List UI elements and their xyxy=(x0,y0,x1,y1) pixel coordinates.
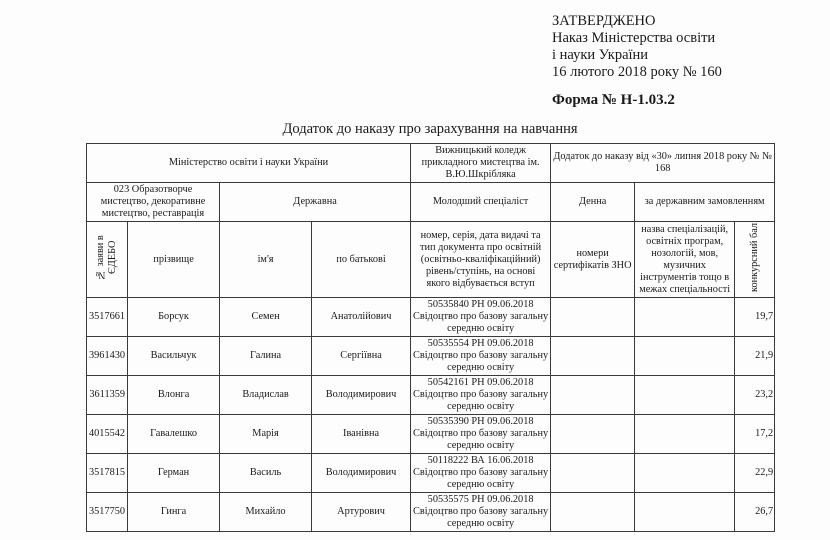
doc-type: Свідоцтво про базову загальну xyxy=(413,350,548,362)
doc-number: 50535840 РН 09.06.2018 xyxy=(413,299,548,311)
doc-type: Свідоцтво про базову загальну xyxy=(413,311,548,323)
name-cell: Михайло xyxy=(220,493,312,532)
zno-cell xyxy=(551,493,635,532)
surname-cell: Герман xyxy=(128,454,220,493)
surname-text: Герман xyxy=(158,467,189,478)
name-cell: Марія xyxy=(220,415,312,454)
patronymic-text: Анатолійович xyxy=(331,311,392,322)
table-row: 4015542ГавалешкоМаріяІванівна50535390 РН… xyxy=(87,415,775,454)
edebo-no-cell: 4015542 xyxy=(87,415,128,454)
score-cell: 21,9 xyxy=(735,337,775,376)
specialization-cell xyxy=(635,298,735,337)
zno-cell xyxy=(551,415,635,454)
patronymic-text: Іванівна xyxy=(343,428,379,439)
edebo-no-cell: 3517750 xyxy=(87,493,128,532)
zno-cell xyxy=(551,298,635,337)
edebo-no-cell: 3517815 xyxy=(87,454,128,493)
col-document: номер, серія, дата видачі та тип докумен… xyxy=(411,222,551,298)
surname-text: Влонга xyxy=(158,389,189,400)
doc-type-cont: середню освіту xyxy=(413,362,548,374)
col-patronymic: по батькові xyxy=(312,222,411,298)
approval-line: Наказ Міністерства освіти xyxy=(552,30,722,47)
form-number: Форма № Н-1.03.2 xyxy=(552,92,675,109)
col-score-label: конкурсний бал xyxy=(749,223,761,292)
doc-number: 50118222 ВА 16.06.2018 xyxy=(413,455,548,467)
patronymic-text: Артурович xyxy=(337,506,385,517)
patronymic-cell: Володимирович xyxy=(312,454,411,493)
doc-number: 50535575 РН 09.06.2018 xyxy=(413,494,548,506)
score-cell: 19,7 xyxy=(735,298,775,337)
score-cell: 17,2 xyxy=(735,415,775,454)
approval-stamp: ЗАТВЕРДЖЕНО Наказ Міністерства освіти і … xyxy=(552,13,722,81)
doc-number: 50542161 РН 09.06.2018 xyxy=(413,377,548,389)
patronymic-text: Володимирович xyxy=(326,389,397,400)
score-text: 22,9 xyxy=(755,467,773,478)
name-cell: Галина xyxy=(220,337,312,376)
table-row: 3517750ГингаМихайлоАртурович50535575 РН … xyxy=(87,493,775,532)
score-cell: 22,9 xyxy=(735,454,775,493)
specialization-cell xyxy=(635,415,735,454)
order-cell: Додаток до наказу від «30» липня 2018 ро… xyxy=(551,144,775,183)
score-cell: 23,2 xyxy=(735,376,775,415)
edebo-no-text: 3517815 xyxy=(89,467,125,478)
name-text: Галина xyxy=(250,350,281,361)
patronymic-cell: Артурович xyxy=(312,493,411,532)
document-cell: 50535575 РН 09.06.2018Свідоцтво про базо… xyxy=(411,493,551,532)
doc-number: 50535554 РН 09.06.2018 xyxy=(413,338,548,350)
table-row: 3517661БорсукСеменАнатолійович50535840 Р… xyxy=(87,298,775,337)
doc-type-cont: середню освіту xyxy=(413,518,548,530)
surname-text: Гавалешко xyxy=(150,428,197,439)
name-cell: Василь xyxy=(220,454,312,493)
table-row: 3611359ВлонгаВладиславВолодимирович50542… xyxy=(87,376,775,415)
patronymic-cell: Іванівна xyxy=(312,415,411,454)
col-edebo-no-label: № заяви в ЄДЕБО xyxy=(95,222,119,295)
specialization-cell xyxy=(635,376,735,415)
surname-cell: Борсук xyxy=(128,298,220,337)
name-text: Марія xyxy=(252,428,278,439)
name-text: Владислав xyxy=(242,389,288,400)
funding-cell: Державна xyxy=(220,183,411,222)
zno-cell xyxy=(551,376,635,415)
doc-type: Свідоцтво про базову загальну xyxy=(413,389,548,401)
name-text: Семен xyxy=(251,311,279,322)
doc-type-cont: середню освіту xyxy=(413,479,548,491)
edebo-no-text: 4015542 xyxy=(89,428,125,439)
edebo-no-cell: 3611359 xyxy=(87,376,128,415)
col-name: ім'я xyxy=(220,222,312,298)
score-text: 23,2 xyxy=(755,389,773,400)
doc-type: Свідоцтво про базову загальну xyxy=(413,506,548,518)
edebo-no-text: 3517661 xyxy=(89,311,125,322)
document-cell: 50542161 РН 09.06.2018Свідоцтво про базо… xyxy=(411,376,551,415)
specialization-cell xyxy=(635,454,735,493)
document-title: Додаток до наказу про зарахування на нав… xyxy=(0,121,830,138)
header-row-2: 023 Образотворче мистецтво, декоративне … xyxy=(87,183,775,222)
doc-type-cont: середню освіту xyxy=(413,401,548,413)
study-form-cell: Денна xyxy=(551,183,635,222)
zno-cell xyxy=(551,454,635,493)
surname-text: Гинга xyxy=(161,506,186,517)
edebo-no-text: 3961430 xyxy=(89,350,125,361)
edebo-no-cell: 3517661 xyxy=(87,298,128,337)
score-text: 19,7 xyxy=(755,311,773,322)
doc-type-cont: середню освіту xyxy=(413,323,548,335)
patronymic-cell: Анатолійович xyxy=(312,298,411,337)
col-surname: прізвище xyxy=(128,222,220,298)
name-text: Михайло xyxy=(246,506,286,517)
patronymic-cell: Володимирович xyxy=(312,376,411,415)
document-cell: 50535554 РН 09.06.2018Свідоцтво про базо… xyxy=(411,337,551,376)
edebo-no-cell: 3961430 xyxy=(87,337,128,376)
col-score: конкурсний бал xyxy=(735,222,775,298)
surname-text: Васильчук xyxy=(151,350,197,361)
ministry-cell: Міністерство освіти і науки України xyxy=(87,144,411,183)
column-header-row: № заяви в ЄДЕБО прізвище ім'я по батьков… xyxy=(87,222,775,298)
document-cell: 50535840 РН 09.06.2018Свідоцтво про базо… xyxy=(411,298,551,337)
specialty-cell: 023 Образотворче мистецтво, декоративне … xyxy=(87,183,220,222)
patronymic-text: Сергіївна xyxy=(340,350,382,361)
edebo-no-text: 3517750 xyxy=(89,506,125,517)
score-text: 17,2 xyxy=(755,428,773,439)
surname-cell: Васильчук xyxy=(128,337,220,376)
specialization-cell xyxy=(635,493,735,532)
patronymic-text: Володимирович xyxy=(326,467,397,478)
name-cell: Семен xyxy=(220,298,312,337)
col-zno: номери сертифікатів ЗНО xyxy=(551,222,635,298)
approval-line: ЗАТВЕРДЖЕНО xyxy=(552,13,722,30)
table-row: 3517815ГерманВасильВолодимирович50118222… xyxy=(87,454,775,493)
name-cell: Владислав xyxy=(220,376,312,415)
score-cell: 26,7 xyxy=(735,493,775,532)
doc-type: Свідоцтво про базову загальну xyxy=(413,428,548,440)
header-row-1: Міністерство освіти і науки України Вижн… xyxy=(87,144,775,183)
order-type-cell: за державним замовленням xyxy=(635,183,775,222)
col-edebo-no: № заяви в ЄДЕБО xyxy=(87,222,128,298)
college-cell: Вижницький коледж прикладного мистецтва … xyxy=(411,144,551,183)
approval-line: і науки України xyxy=(552,47,722,64)
doc-number: 50535390 РН 09.06.2018 xyxy=(413,416,548,428)
zno-cell xyxy=(551,337,635,376)
patronymic-cell: Сергіївна xyxy=(312,337,411,376)
document-cell: 50535390 РН 09.06.2018Свідоцтво про базо… xyxy=(411,415,551,454)
surname-cell: Гавалешко xyxy=(128,415,220,454)
degree-cell: Молодший спеціаліст xyxy=(411,183,551,222)
edebo-no-text: 3611359 xyxy=(89,389,125,400)
name-text: Василь xyxy=(250,467,281,478)
specialization-cell xyxy=(635,337,735,376)
enrollment-table: Міністерство освіти і науки України Вижн… xyxy=(86,143,775,532)
doc-type: Свідоцтво про базову загальну xyxy=(413,467,548,479)
doc-type-cont: середню освіту xyxy=(413,440,548,452)
surname-text: Борсук xyxy=(158,311,189,322)
table-row: 3961430ВасильчукГалинаСергіївна50535554 … xyxy=(87,337,775,376)
col-specialization: назва спеціалізацій, освітніх програм, н… xyxy=(635,222,735,298)
score-text: 21,9 xyxy=(755,350,773,361)
surname-cell: Влонга xyxy=(128,376,220,415)
score-text: 26,7 xyxy=(755,506,773,517)
surname-cell: Гинга xyxy=(128,493,220,532)
document-cell: 50118222 ВА 16.06.2018Свідоцтво про базо… xyxy=(411,454,551,493)
approval-line: 16 лютого 2018 року № 160 xyxy=(552,64,722,81)
